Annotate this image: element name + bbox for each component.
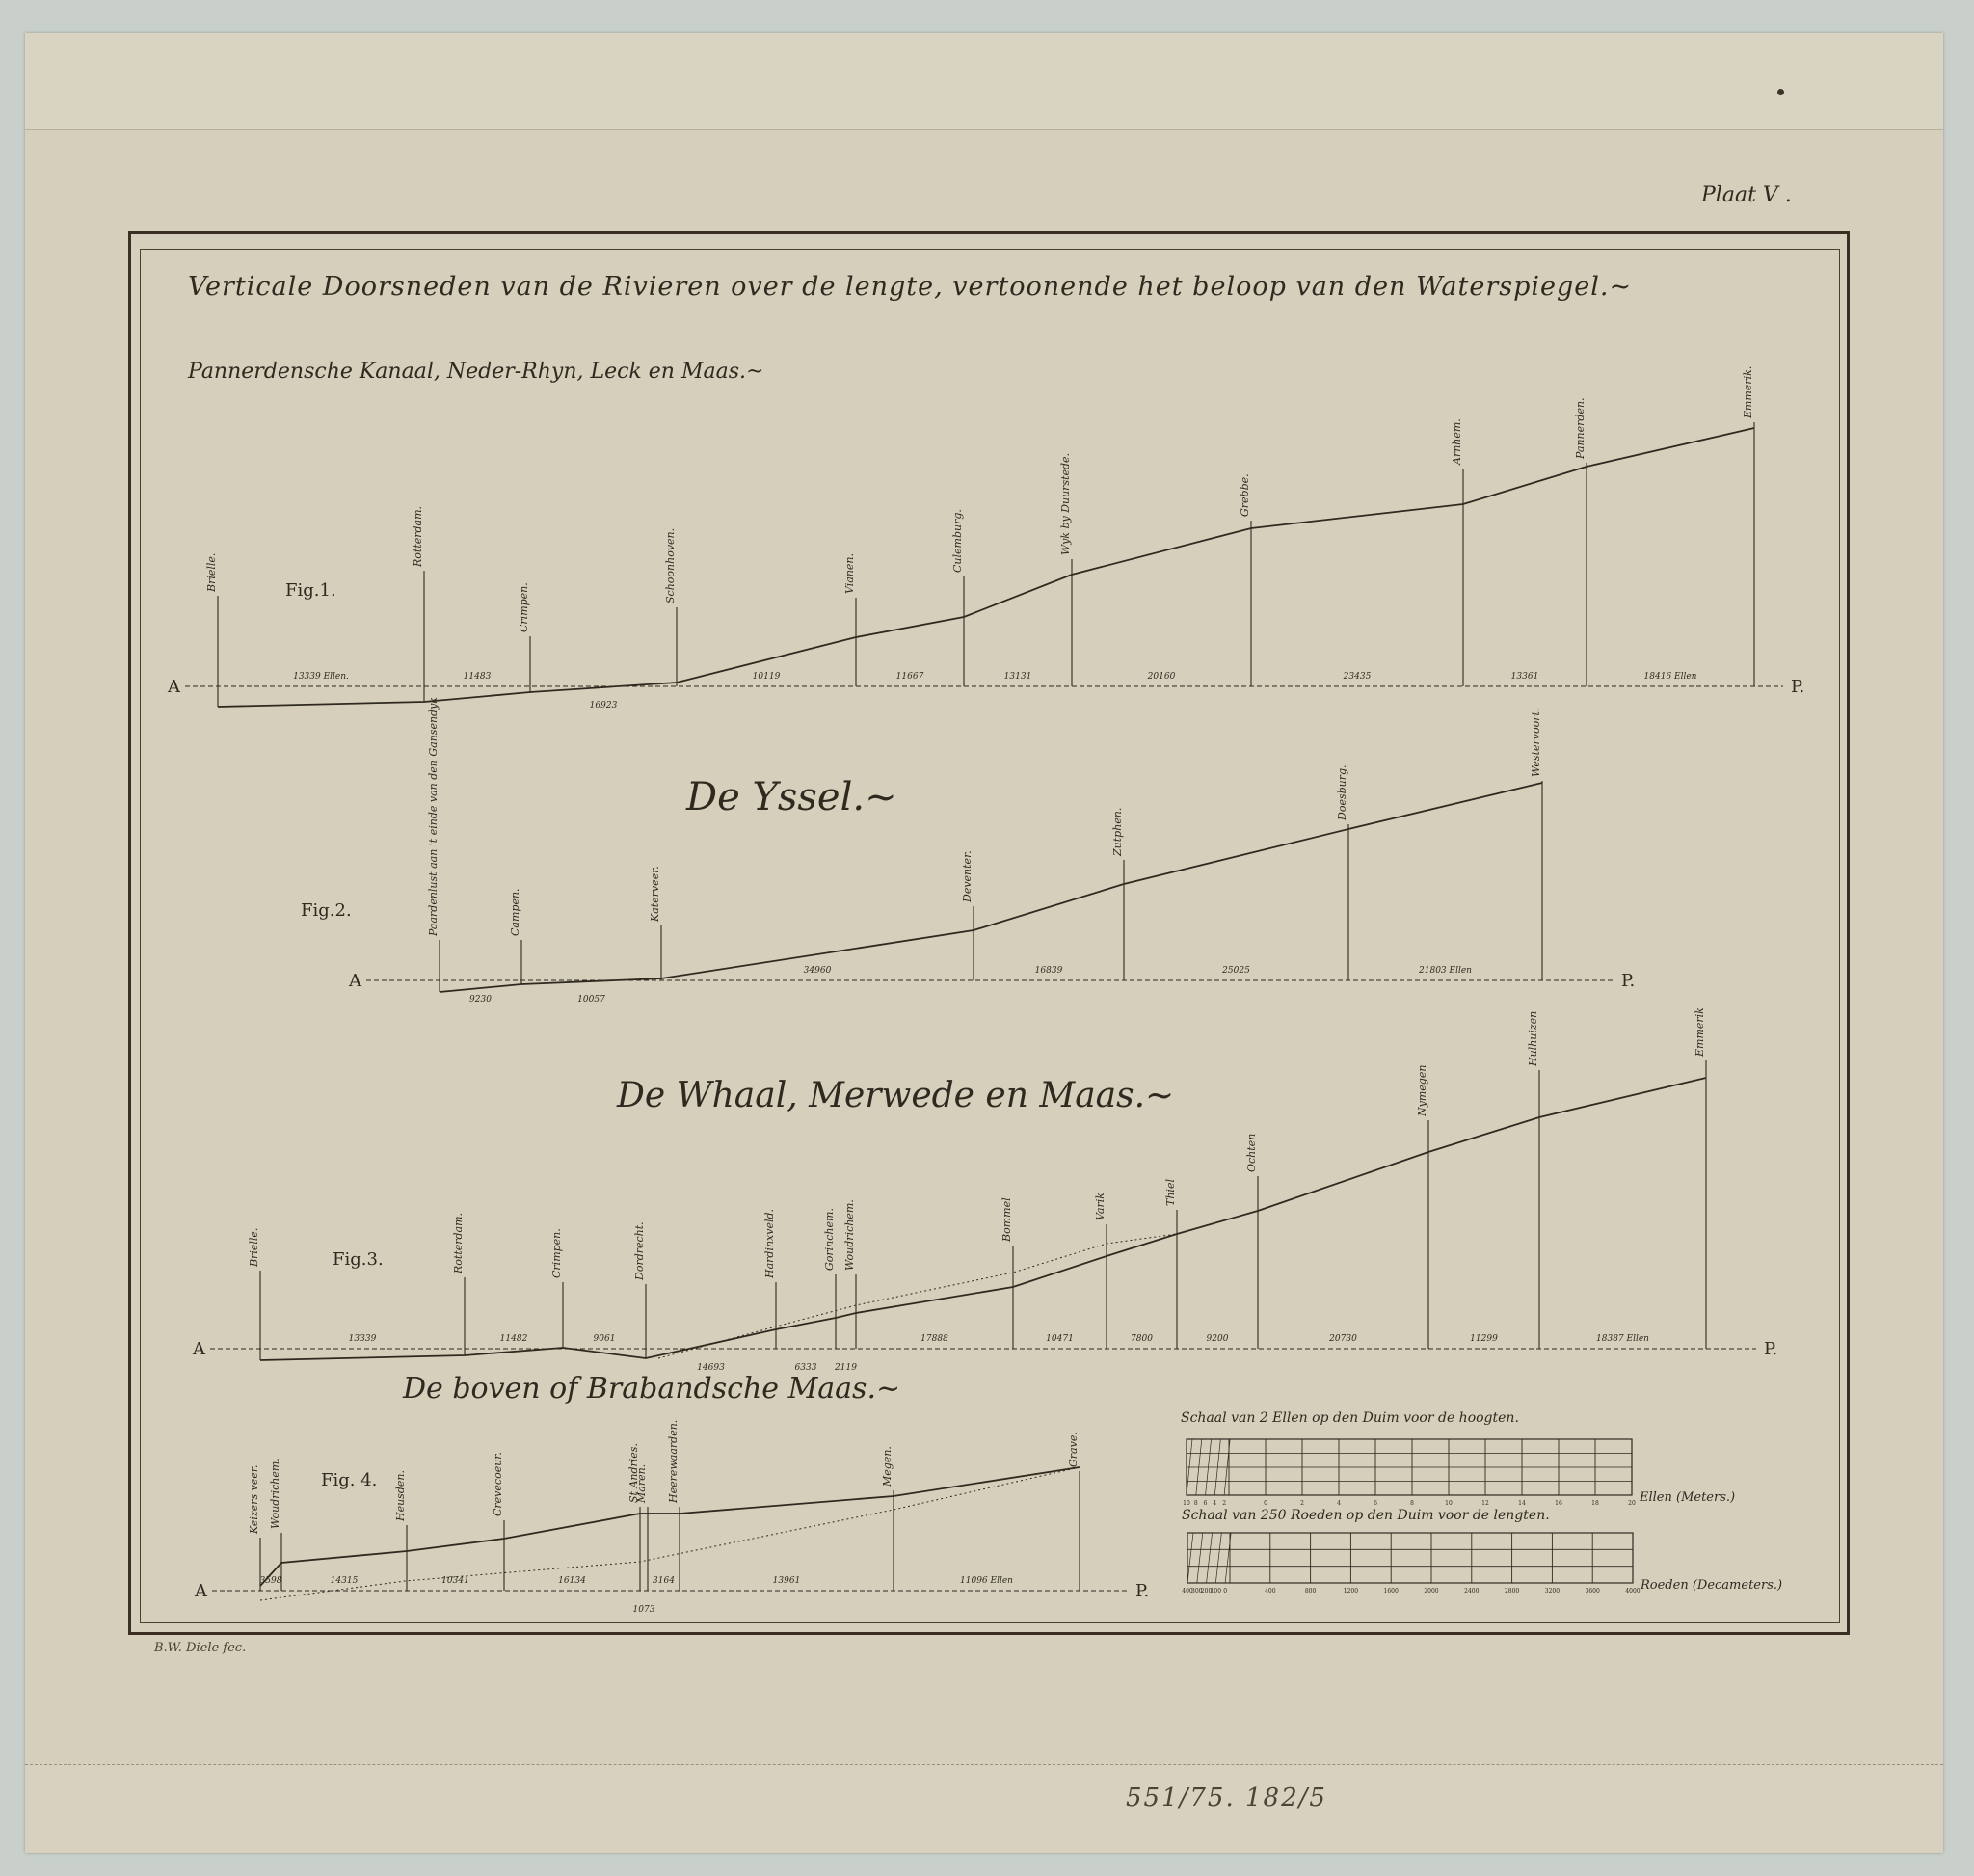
profile-fig1: Pannerdensche Kanaal, Neder-Rhyn, Leck e… <box>167 360 1804 710</box>
scale-tick-label: 4 <box>1337 1500 1341 1507</box>
scale-title: Schaal van 2 Ellen op den Duim voor de h… <box>1181 1410 1519 1426</box>
station-label: Wyk by Duurstede. <box>1059 453 1072 555</box>
distance-label: 10341 <box>441 1576 469 1586</box>
station-label: Campen. <box>509 888 521 936</box>
scale-tick-label: 1200 <box>1344 1588 1358 1595</box>
scale-tick-label: 20 <box>1628 1500 1636 1507</box>
station-label: Westervoort. <box>1530 709 1542 777</box>
distance-label: 14315 <box>331 1576 359 1586</box>
station-label: Emmerik <box>1694 1007 1706 1058</box>
figure-label: Fig.3. <box>333 1249 384 1270</box>
station-label: Crimpen. <box>550 1228 563 1278</box>
scale-frame <box>1187 1533 1633 1583</box>
distance-label: 11482 <box>500 1334 528 1344</box>
profile-fig3: De Whaal, Merwede en Maas.~Fig.3.AP.Brie… <box>192 1007 1777 1373</box>
profile-title: De boven of Brabandsche Maas.~ <box>402 1372 900 1406</box>
scale-tick-label: 2800 <box>1505 1588 1519 1595</box>
distance-label: 21803 Ellen <box>1418 966 1472 976</box>
station-label: Maren. <box>635 1464 648 1504</box>
station-label: Vianen. <box>843 553 856 594</box>
station-label: Crevecoeur. <box>492 1452 504 1516</box>
station-label: Schoonhoven. <box>664 528 677 603</box>
water-surface-line <box>218 428 1754 707</box>
datum-end-label: P. <box>1791 677 1804 697</box>
distance-label: 17888 <box>920 1334 948 1344</box>
station-label: Ochten <box>1245 1134 1258 1172</box>
figure-label: Fig. 4. <box>321 1470 377 1490</box>
river-profiles: Pannerdensche Kanaal, Neder-Rhyn, Leck e… <box>167 360 1804 1615</box>
datum-start-label: A <box>348 971 362 991</box>
scale-tick-label: 2000 <box>1424 1588 1438 1595</box>
station-label: Culemburg. <box>951 509 964 573</box>
scale-tick-label: 16 <box>1555 1500 1562 1507</box>
distance-label: 20160 <box>1147 672 1176 682</box>
distance-label: 3598 <box>260 1576 282 1586</box>
station-label: Hardinxveld. <box>763 1209 776 1279</box>
figure-label: Fig.1. <box>285 580 336 601</box>
distance-label: 16134 <box>558 1576 586 1586</box>
distance-label: 18416 Ellen <box>1644 672 1697 682</box>
scale-tick-label: 400 <box>1265 1588 1276 1595</box>
station-label: Dordrecht. <box>633 1221 646 1281</box>
distance-label: 1073 <box>633 1605 655 1615</box>
scale-tick-label: 0 <box>1223 1588 1227 1595</box>
profile-title: De Yssel.~ <box>685 775 897 819</box>
scale-tick-label: 800 <box>1305 1588 1317 1595</box>
station-label: Doesburg. <box>1336 764 1348 821</box>
station-label: Zutphen. <box>1111 808 1124 857</box>
distance-label: 11096 Ellen <box>960 1576 1013 1586</box>
water-surface-line <box>440 783 1542 992</box>
station-label: Bommel <box>1000 1197 1013 1243</box>
station-label: Deventer. <box>961 850 974 903</box>
scale-tick-label: 6 <box>1204 1500 1208 1507</box>
figure-label: Fig.2. <box>301 900 352 921</box>
distance-label: 13361 <box>1511 672 1539 682</box>
station-label: Paardenlust aan 't einde van den Gansend… <box>427 697 440 937</box>
station-label: Heerewaarden. <box>667 1420 680 1504</box>
scale-tick-label: 10 <box>1183 1500 1190 1507</box>
scale-unit-label: Roeden (Decameters.) <box>1640 1578 1782 1593</box>
distance-label: 13131 <box>1004 672 1032 682</box>
distance-label: 10057 <box>577 995 605 1005</box>
station-label: Gorinchem. <box>823 1208 836 1271</box>
station-label: Thiel <box>1164 1179 1177 1206</box>
distance-label: 11483 <box>464 672 492 682</box>
station-label: Brielle. <box>205 553 218 593</box>
distance-label: 9061 <box>594 1334 616 1344</box>
datum-end-label: P. <box>1135 1581 1149 1601</box>
water-surface-line <box>260 1078 1706 1360</box>
station-label: Crimpen. <box>518 582 530 632</box>
profiles-drawing: Pannerdensche Kanaal, Neder-Rhyn, Leck e… <box>0 0 1974 1876</box>
scale-tick-label: 3200 <box>1545 1588 1560 1595</box>
comparison-dotted-line <box>658 1234 1177 1358</box>
station-label: Brielle. <box>248 1228 260 1268</box>
profile-fig2: De Yssel.~Fig.2.AP.Paardenlust aan 't ei… <box>301 697 1635 1005</box>
datum-end-label: P. <box>1764 1339 1777 1359</box>
profile-title: De Whaal, Merwede en Maas.~ <box>616 1076 1174 1115</box>
distance-label: 11667 <box>896 672 924 682</box>
scale-tick-label: 8 <box>1410 1500 1414 1507</box>
distance-label: 34960 <box>804 966 832 976</box>
station-label: Grebbe. <box>1239 473 1251 517</box>
scale-tick-label: 4 <box>1213 1500 1216 1507</box>
scale-tick-label: 14 <box>1518 1500 1526 1507</box>
station-label: Grave. <box>1067 1432 1080 1467</box>
station-label: Emmerik. <box>1742 366 1754 419</box>
scale-unit-label: Ellen (Meters.) <box>1639 1490 1735 1505</box>
distance-label: 23435 <box>1343 672 1372 682</box>
scale-title: Schaal van 250 Roeden op den Duim voor d… <box>1182 1508 1550 1523</box>
station-label: Pannerden. <box>1574 397 1587 460</box>
distance-label: 13961 <box>773 1576 801 1586</box>
distance-label: 11299 <box>1470 1334 1498 1344</box>
scale-tick-label: 0 <box>1264 1500 1267 1507</box>
distance-label: 18387 Ellen <box>1596 1334 1649 1344</box>
scale-tick-label: 2 <box>1300 1500 1304 1507</box>
scale-diagonal-line <box>1215 1533 1221 1583</box>
station-label: Nymegen <box>1416 1065 1428 1117</box>
station-label: Heusden. <box>394 1470 407 1522</box>
station-label: Woudrichem. <box>843 1199 856 1271</box>
distance-label: 13339 Ellen. <box>293 672 349 682</box>
profile-title: Pannerdensche Kanaal, Neder-Rhyn, Leck e… <box>187 360 763 384</box>
scale-tick-label: 4000 <box>1625 1588 1640 1595</box>
distance-label: 3164 <box>653 1576 675 1586</box>
distance-label: 16839 <box>1035 966 1063 976</box>
scale-tick-label: 100 <box>1211 1588 1222 1595</box>
distance-label: 25025 <box>1221 966 1250 976</box>
distance-label: 10471 <box>1046 1334 1074 1344</box>
distance-label: 10119 <box>753 672 781 682</box>
station-label: Rotterdam. <box>452 1213 465 1274</box>
scale-tick-label: 10 <box>1445 1500 1453 1507</box>
station-label: Hulhuizen <box>1527 1011 1539 1067</box>
datum-start-label: A <box>192 1339 206 1359</box>
scale-tick-label: 3600 <box>1586 1588 1600 1595</box>
datum-end-label: P. <box>1621 971 1635 991</box>
scale-bars: Schaal van 2 Ellen op den Duim voor de h… <box>1181 1410 1782 1595</box>
distance-label: 20730 <box>1328 1334 1357 1344</box>
distance-label: 16923 <box>590 701 618 710</box>
distance-label: 9230 <box>469 995 492 1005</box>
datum-start-label: A <box>194 1581 208 1601</box>
station-label: Arnhem. <box>1451 418 1463 466</box>
station-label: Varik <box>1094 1193 1107 1220</box>
station-label: Megen. <box>881 1446 894 1487</box>
station-label: Woudrichem. <box>269 1458 281 1529</box>
scale-tick-label: 18 <box>1591 1500 1599 1507</box>
scale-diagonal-line <box>1187 1533 1193 1583</box>
distance-label: 13339 <box>349 1334 377 1344</box>
scale-diagonal-line <box>1207 1533 1213 1583</box>
station-label: Katerveer. <box>649 866 661 923</box>
scale-tick-label: 2400 <box>1464 1588 1479 1595</box>
scale-tick-label: 12 <box>1481 1500 1489 1507</box>
scale-tick-label: 8 <box>1194 1500 1198 1507</box>
scale-diagonal-line <box>1197 1533 1203 1583</box>
profile-fig4: De boven of Brabandsche Maas.~Fig. 4.AP.… <box>194 1372 1149 1615</box>
scale-tick-label: 1600 <box>1384 1588 1399 1595</box>
datum-start-label: A <box>167 677 181 697</box>
scale-tick-label: 2 <box>1222 1500 1226 1507</box>
station-label: Rotterdam. <box>412 506 424 568</box>
station-label: Keizers veer. <box>248 1465 260 1535</box>
distance-label: 9200 <box>1207 1334 1229 1344</box>
scale-tick-label: 6 <box>1374 1500 1377 1507</box>
distance-label: 7800 <box>1131 1334 1153 1344</box>
